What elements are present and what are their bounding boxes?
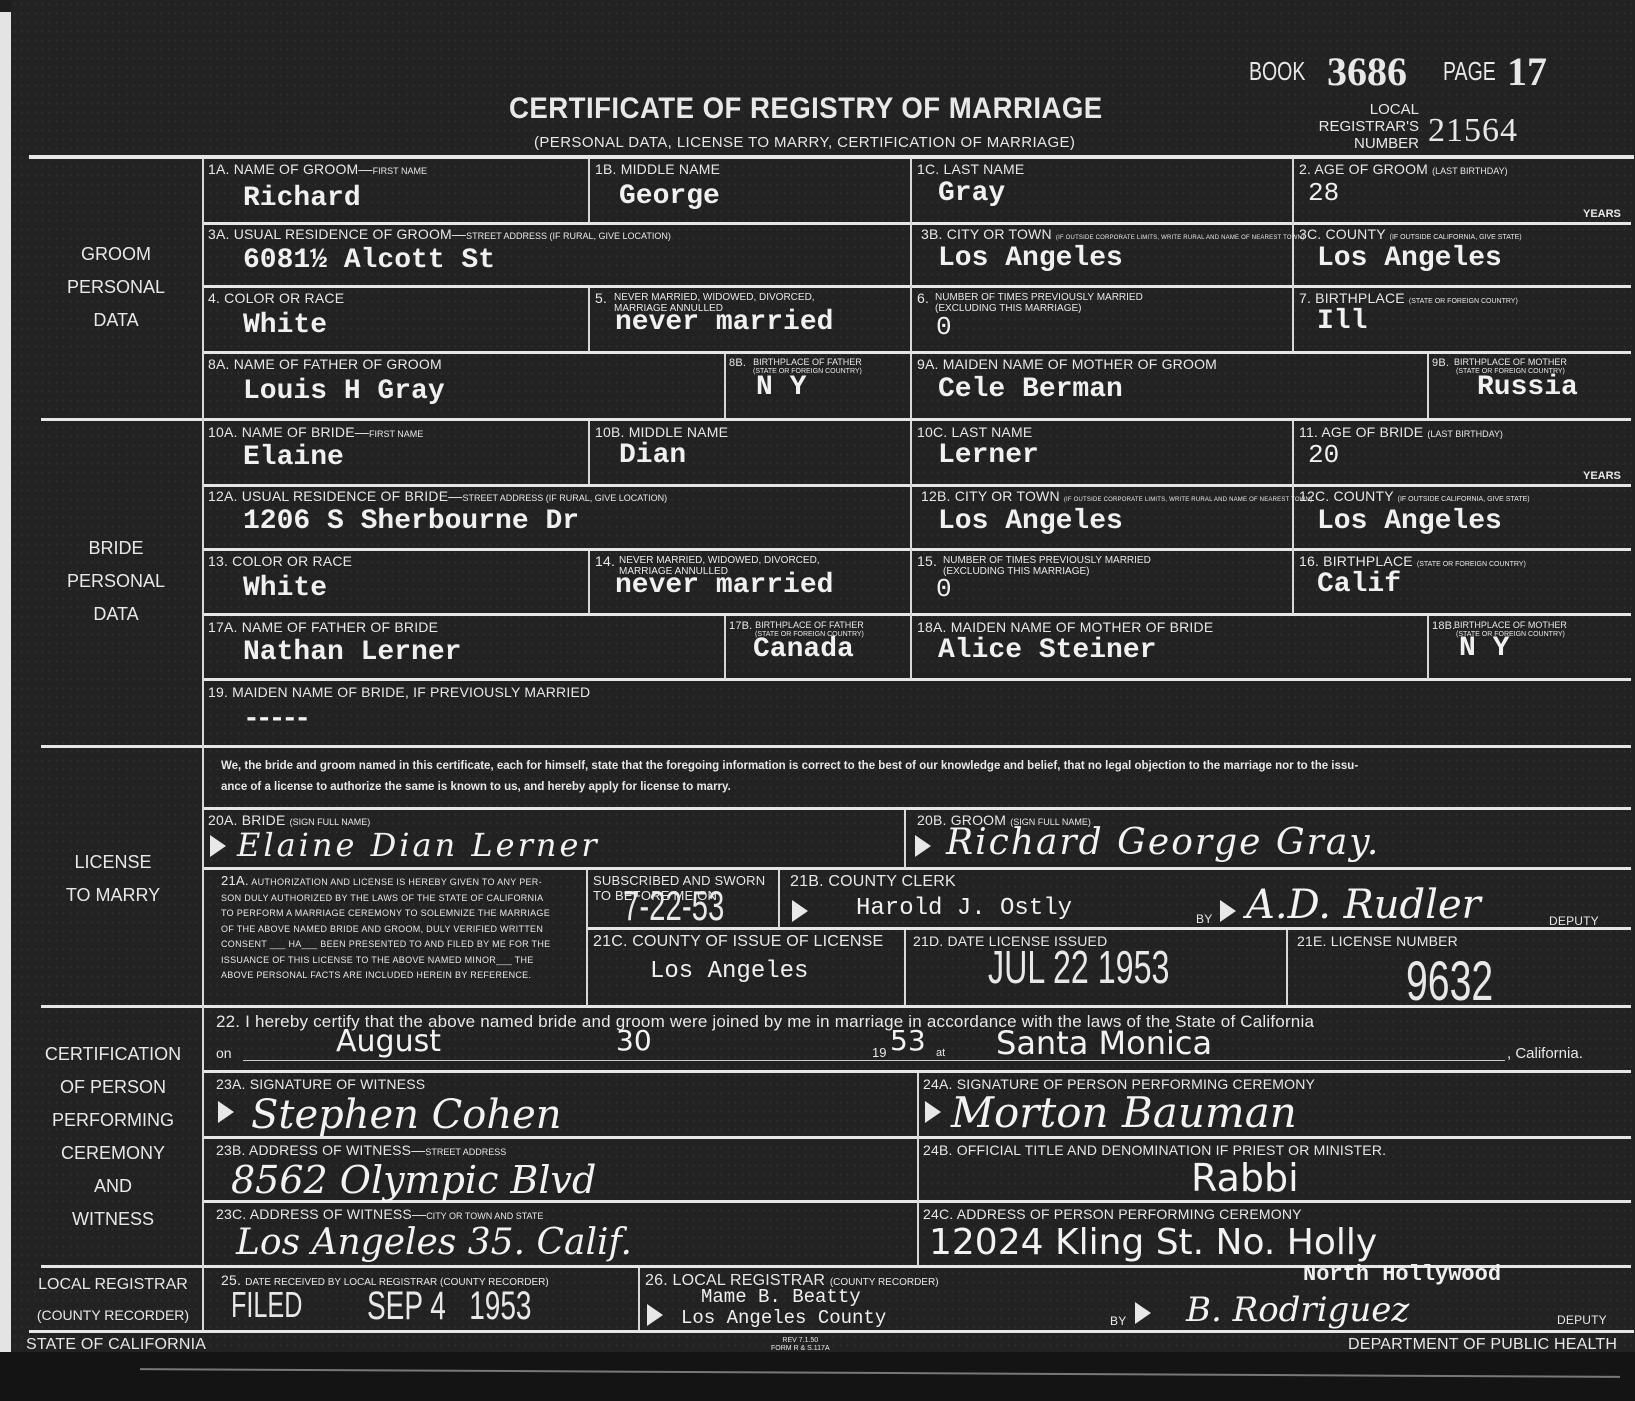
label-line: LOCAL <box>1311 101 1419 118</box>
line: (COUNTY RECORDER) <box>23 1300 203 1330</box>
rule <box>204 222 1631 225</box>
line: CEREMONY <box>23 1137 203 1170</box>
cell-divider <box>1292 158 1294 352</box>
bride-mother-birthplace: N Y <box>1459 633 1509 664</box>
line: DATA <box>26 598 206 631</box>
arrow-icon <box>1135 1302 1151 1324</box>
field-19-label: 19. MAIDEN NAME OF BRIDE, IF PREVIOUSLY … <box>208 684 590 700</box>
line: LICENSE <box>23 846 203 879</box>
page-label: PAGE <box>1443 56 1496 87</box>
bride-county: Los Angeles <box>1317 506 1502 537</box>
field-16-label: 16. BIRTHPLACE (STATE OR FOREIGN COUNTRY… <box>1299 553 1526 569</box>
deputy-label: DEPUTY <box>1557 1313 1607 1327</box>
line: (EXCLUDING THIS MARRIAGE) <box>935 303 1143 314</box>
line: NUMBER OF TIMES PREVIOUSLY MARRIED <box>943 555 1151 566</box>
filed-date: SEP 4 1953 <box>367 1284 532 1329</box>
officiant-signature: Morton Bauman <box>951 1088 1297 1137</box>
license-issue-date: JUL 22 1953 <box>988 940 1169 994</box>
field-18b-label: 18B. <box>1432 620 1455 632</box>
sublabel: (LAST BIRTHDAY) <box>1427 429 1503 439</box>
line: OF PERSON <box>23 1071 203 1104</box>
cell-divider <box>724 354 726 418</box>
field-6-sublabel: NUMBER OF TIMES PREVIOUSLY MARRIED(EXCLU… <box>935 292 1143 314</box>
on-label: on <box>216 1045 232 1061</box>
footer-form-info: REV 7.1.50 FORM R & S.117A <box>771 1337 830 1353</box>
ceremony-month: August <box>336 1024 441 1059</box>
bride-middle-name: Dian <box>619 440 686 471</box>
field-8a-label: 8A. NAME OF FATHER OF GROOM <box>208 356 442 372</box>
label: 2. AGE OF GROOM <box>1299 161 1428 177</box>
bride-last-name: Lerner <box>938 440 1039 471</box>
bride-first-name: Elaine <box>243 442 344 473</box>
field-15-sublabel: NUMBER OF TIMES PREVIOUSLY MARRIED(EXCLU… <box>943 555 1151 577</box>
line: ABOVE PERSONAL FACTS ARE INCLUDED HEREIN… <box>221 968 581 984</box>
field-1a-label: 1A. NAME OF GROOM—FIRST NAME <box>208 161 427 177</box>
local-registrar-name: Mame B. Beatty <box>701 1286 861 1308</box>
ceremony-year: 53 <box>890 1024 926 1057</box>
document-subtitle: (PERSONAL DATA, LICENSE TO MARRY, CERTIF… <box>534 134 1075 151</box>
line: BIRTHPLACE OF MOTHER <box>1454 358 1567 367</box>
officiant-address-stamp: North Hollywood <box>1303 1262 1501 1287</box>
label: 23C. ADDRESS OF WITNESS— <box>216 1206 426 1222</box>
deputy-registrar-signature: B. Rodriguez <box>1186 1290 1409 1330</box>
groom-times-married: 0 <box>936 312 952 342</box>
license-number: 9632 <box>1406 948 1493 1013</box>
cell-divider <box>1292 421 1294 614</box>
arrow-icon <box>647 1304 663 1326</box>
cell-divider <box>917 1073 919 1266</box>
field-18a-label: 18A. MAIDEN NAME OF MOTHER OF BRIDE <box>917 619 1213 635</box>
label: 12A. USUAL RESIDENCE OF BRIDE— <box>208 488 462 504</box>
witness-city-state: Los Angeles 35. Calif. <box>236 1222 632 1263</box>
cell-divider <box>910 354 912 418</box>
registrar-number-label: LOCAL REGISTRAR'S NUMBER <box>1311 101 1419 152</box>
groom-last-name: Gray <box>938 178 1005 209</box>
marriage-certificate: CERTIFICATE OF REGISTRY OF MARRIAGE (PER… <box>11 0 1635 1352</box>
field-1c-label: 1C. LAST NAME <box>917 161 1024 177</box>
bride-city: Los Angeles <box>938 506 1123 537</box>
field-21c-label: 21C. COUNTY OF ISSUE OF LICENSE <box>593 933 883 951</box>
rule <box>204 548 1631 551</box>
sublabel: (IF OUTSIDE CORPORATE LIMITS, WRITE RURA… <box>1056 235 1304 241</box>
field-3b-label: 3B. CITY OR TOWN (IF OUTSIDE CORPORATE L… <box>921 226 1304 244</box>
section-bride-label: BRIDE PERSONAL DATA <box>26 532 206 631</box>
text: AUTHORIZATION AND LICENSE IS HEREBY GIVE… <box>251 877 542 887</box>
rule <box>204 285 1631 288</box>
at-label: at <box>936 1047 945 1059</box>
arrow-icon <box>792 900 808 922</box>
rule <box>204 613 1631 616</box>
line: BIRTHPLACE OF MOTHER <box>1454 621 1567 630</box>
fill-line <box>243 1060 1505 1061</box>
line: (EXCLUDING THIS MARRIAGE) <box>943 566 1151 577</box>
groom-marital-status: never married <box>615 307 833 338</box>
line: SON DULY AUTHORIZED BY THE LAWS OF THE S… <box>221 891 581 907</box>
field-1b-label: 1B. MIDDLE NAME <box>595 161 720 177</box>
field-21b-label: 21B. COUNTY CLERK <box>790 873 956 891</box>
rule <box>204 351 1631 354</box>
line: We, the bride and groom named in this ce… <box>221 756 1621 777</box>
bride-race: White <box>243 573 327 604</box>
field-15-label: 15. <box>917 553 937 569</box>
groom-age-unit: YEARS <box>1583 208 1621 220</box>
bride-birthplace: Calif <box>1317 569 1401 600</box>
bride-signature: Elaine Dian Lerner <box>237 826 600 864</box>
cell-divider <box>588 288 590 352</box>
field-7-label: 7. BIRTHPLACE (STATE OR FOREIGN COUNTRY) <box>1299 290 1518 306</box>
rule <box>29 155 1634 159</box>
field-17b-label: 17B. <box>729 620 752 632</box>
deputy-label: DEPUTY <box>1549 914 1599 928</box>
field-23a-label: 23A. SIGNATURE OF WITNESS <box>216 1076 425 1092</box>
bride-marital-status: never married <box>615 570 833 601</box>
sublabel: (STATE OR FOREIGN COUNTRY) <box>1417 561 1526 568</box>
field-21a-authorization: 21A. AUTHORIZATION AND LICENSE IS HEREBY… <box>221 873 581 984</box>
cell-divider <box>904 930 906 1006</box>
field-10a-label: 10A. NAME OF BRIDE—FIRST NAME <box>208 424 423 440</box>
field-2-label: 2. AGE OF GROOM (LAST BIRTHDAY) <box>1299 161 1508 177</box>
line: PERSONAL <box>26 565 206 598</box>
cell-divider <box>1427 354 1429 418</box>
deputy-clerk-signature: A.D. Rudler <box>1246 882 1481 928</box>
arrow-icon <box>915 835 931 857</box>
field-14-label: 14. <box>595 553 615 569</box>
witness-street-address: 8562 Olympic Blvd <box>231 1158 596 1202</box>
field-9b-label: 9B. <box>1432 357 1449 369</box>
field-13-label: 13. COLOR OR RACE <box>208 553 352 569</box>
line: DATA <box>26 304 206 337</box>
section-groom-label: GROOM PERSONAL DATA <box>26 238 206 337</box>
officiant-title: Rabbi <box>1191 1156 1299 1200</box>
arrow-icon <box>210 835 226 857</box>
field-10c-label: 10C. LAST NAME <box>917 424 1032 440</box>
bride-mother-maiden-name: Alice Steiner <box>938 635 1156 666</box>
line: OF THE ABOVE NAMED BRIDE AND GROOM, DULY… <box>221 922 581 938</box>
groom-mother-maiden-name: Cele Berman <box>938 374 1123 405</box>
line: LOCAL REGISTRAR <box>23 1270 203 1300</box>
page-number: 17 <box>1507 48 1547 95</box>
field-23c-label: 23C. ADDRESS OF WITNESS—CITY OR TOWN AND… <box>216 1206 543 1222</box>
ceremony-place: Santa Monica <box>996 1024 1212 1062</box>
bride-age-unit: YEARS <box>1583 470 1621 482</box>
line: NUMBER OF TIMES PREVIOUSLY MARRIED <box>935 292 1143 303</box>
rule <box>204 484 1631 487</box>
cell-divider <box>1427 616 1429 679</box>
license-statement: We, the bride and groom named in this ce… <box>221 756 1621 798</box>
label: 10A. NAME OF BRIDE— <box>208 424 369 440</box>
sublabel: CITY OR TOWN AND STATE <box>426 1211 543 1221</box>
line: 21A. AUTHORIZATION AND LICENSE IS HEREBY… <box>221 873 581 891</box>
cell-divider <box>904 810 906 868</box>
section-license-label: LICENSE TO MARRY <box>23 846 203 912</box>
local-registrar-county: Los Angeles County <box>681 1307 886 1329</box>
field-11-label: 11. AGE OF BRIDE (LAST BIRTHDAY) <box>1299 424 1503 440</box>
line: ance of a license to authorize the same … <box>221 777 1621 798</box>
book-number: 3686 <box>1327 48 1407 95</box>
label: 7. BIRTHPLACE <box>1299 290 1405 306</box>
field-23b-label: 23B. ADDRESS OF WITNESS—STREET ADDRESS <box>216 1142 506 1158</box>
line: AND <box>23 1170 203 1203</box>
label: 3A. USUAL RESIDENCE OF GROOM— <box>208 226 466 242</box>
bride-times-married: 0 <box>936 574 952 604</box>
page-edge <box>0 12 11 1352</box>
label-line: REGISTRAR'S <box>1311 118 1419 135</box>
groom-race: White <box>243 310 327 341</box>
line: TO MARRY <box>23 879 203 912</box>
label: 3C. COUNTY <box>1299 226 1386 242</box>
field-12a-label: 12A. USUAL RESIDENCE OF BRIDE—STREET ADD… <box>208 488 667 504</box>
line: PERFORMING <box>23 1104 203 1137</box>
field-12c-label: 12C. COUNTY (IF OUTSIDE CALIFORNIA, GIVE… <box>1299 488 1530 504</box>
cell-divider <box>588 421 590 485</box>
groom-age: 28 <box>1308 178 1339 208</box>
line: NEVER MARRIED, WIDOWED, DIVORCED, <box>614 292 815 303</box>
line: CERTIFICATION <box>23 1038 203 1071</box>
sublabel: (LAST BIRTHDAY) <box>1432 166 1508 176</box>
cell-divider <box>1286 930 1288 1006</box>
bride-age: 20 <box>1308 440 1339 470</box>
groom-city: Los Angeles <box>938 243 1123 274</box>
registrar-number: 21564 <box>1428 112 1518 150</box>
groom-signature: Richard George Gray. <box>946 822 1380 863</box>
field-21e-label: 21E. LICENSE NUMBER <box>1297 933 1458 949</box>
groom-county: Los Angeles <box>1317 243 1502 274</box>
groom-middle-name: George <box>619 181 720 212</box>
rule <box>204 867 1631 870</box>
label: 23B. ADDRESS OF WITNESS— <box>216 1142 425 1158</box>
line: NEVER MARRIED, WIDOWED, DIVORCED, <box>619 555 820 566</box>
label: 21A. <box>221 873 249 888</box>
cell-divider <box>724 616 726 679</box>
field-8b-label: 8B. <box>729 357 746 369</box>
rule <box>29 1330 1634 1333</box>
label: 12C. COUNTY <box>1299 488 1394 504</box>
by-label: BY <box>1110 1314 1126 1328</box>
label: 3B. CITY OR TOWN <box>921 226 1052 242</box>
witness-signature: Stephen Cohen <box>251 1092 562 1138</box>
bride-father-birthplace: Canada <box>753 634 854 665</box>
arrow-icon <box>218 1101 234 1123</box>
sworn-date: 7-22-53 <box>623 882 724 930</box>
sublabel: (STATE OR FOREIGN COUNTRY) <box>1409 298 1518 305</box>
book-label: BOOK <box>1249 56 1305 87</box>
line: GROOM <box>26 238 206 271</box>
line: PERSONAL <box>26 271 206 304</box>
line: WITNESS <box>23 1203 203 1236</box>
cell-divider <box>588 158 590 222</box>
groom-father-birthplace: N Y <box>756 372 806 403</box>
bride-father-name: Nathan Lerner <box>243 637 461 668</box>
field-24b-label: 24B. OFFICIAL TITLE AND DENOMINATION IF … <box>923 1142 1386 1158</box>
document-title: CERTIFICATE OF REGISTRY OF MARRIAGE <box>509 92 1103 126</box>
cell-divider <box>586 870 588 1006</box>
groom-mother-birthplace: Russia <box>1477 372 1578 403</box>
label-line: NUMBER <box>1311 135 1419 152</box>
rule <box>41 1005 1631 1008</box>
ceremony-day: 30 <box>616 1024 652 1057</box>
field-3c-label: 3C. COUNTY (IF OUTSIDE CALIFORNIA, GIVE … <box>1299 226 1522 242</box>
label: 16. BIRTHPLACE <box>1299 553 1413 569</box>
field-5-label: 5. <box>595 290 607 306</box>
cell-divider <box>778 870 780 928</box>
line: BIRTHPLACE OF FATHER <box>755 621 864 630</box>
line: TO PERFORM A MARRIAGE CEREMONY TO SOLEMN… <box>221 906 581 922</box>
cell-divider <box>910 421 912 679</box>
field-24c-label: 24C. ADDRESS OF PERSON PERFORMING CEREMO… <box>923 1206 1302 1222</box>
groom-father-name: Louis H Gray <box>243 376 445 407</box>
field-3a-label: 3A. USUAL RESIDENCE OF GROOM—STREET ADDR… <box>208 226 671 242</box>
rule <box>41 745 1631 748</box>
field-9a-label: 9A. MAIDEN NAME OF MOTHER OF GROOM <box>917 356 1217 372</box>
line: CONSENT ___ HA___ BEEN PRESENTED TO AND … <box>221 937 581 953</box>
sublabel: (IF OUTSIDE CALIFORNIA, GIVE STATE) <box>1390 234 1522 241</box>
bride-street-address: 1206 S Sherbourne Dr <box>243 506 579 537</box>
cell-divider <box>638 1268 640 1330</box>
by-label: BY <box>1196 912 1212 926</box>
county-clerk-name: Harold J. Ostly <box>856 895 1072 922</box>
line: REV 7.1.50 <box>771 1337 830 1345</box>
sublabel: STREET ADDRESS (IF RURAL, GIVE LOCATION) <box>466 231 671 241</box>
field-17a-label: 17A. NAME OF FATHER OF BRIDE <box>208 619 438 635</box>
sublabel: (IF OUTSIDE CALIFORNIA, GIVE STATE) <box>1398 496 1530 503</box>
label: 1A. NAME OF GROOM— <box>208 161 373 177</box>
license-county: Los Angeles <box>650 958 808 985</box>
section-registrar-label: LOCAL REGISTRAR (COUNTY RECORDER) <box>23 1270 203 1330</box>
arrow-icon <box>925 1101 941 1123</box>
groom-birthplace: Ill <box>1317 306 1367 337</box>
field-4-label: 4. COLOR OR RACE <box>208 290 344 306</box>
groom-first-name: Richard <box>243 183 361 214</box>
rule <box>204 807 1631 810</box>
arrow-icon <box>1220 900 1236 922</box>
sublabel: FIRST NAME <box>373 166 427 176</box>
state-suffix: , California. <box>1507 1045 1583 1062</box>
line: BRIDE <box>26 532 206 565</box>
section-certification-label: CERTIFICATION OF PERSON PERFORMING CEREM… <box>23 1038 203 1236</box>
rule <box>41 418 1631 421</box>
filed-label: FILED <box>231 1284 302 1326</box>
sublabel: (IF OUTSIDE CORPORATE LIMITS, WRITE RURA… <box>1064 497 1312 503</box>
label: 12B. CITY OR TOWN <box>921 488 1060 504</box>
year-prefix: 19 <box>872 1045 886 1060</box>
field-6-label: 6. <box>917 290 929 306</box>
officiant-address: 12024 Kling St. No. Holly <box>929 1222 1377 1263</box>
cell-divider <box>910 158 912 352</box>
sublabel: STREET ADDRESS <box>425 1147 506 1157</box>
field-12b-label: 12B. CITY OR TOWN (IF OUTSIDE CORPORATE … <box>921 488 1312 506</box>
line: BIRTHPLACE OF FATHER <box>753 358 862 367</box>
label: 11. AGE OF BRIDE <box>1299 424 1423 440</box>
rule <box>204 678 1631 681</box>
groom-street-address: 6081½ Alcott St <box>243 245 495 276</box>
sublabel: STREET ADDRESS (IF RURAL, GIVE LOCATION) <box>462 493 667 503</box>
line: ISSUANCE OF THIS LICENSE TO THE ABOVE NA… <box>221 953 581 969</box>
sublabel: FIRST NAME <box>369 429 423 439</box>
bride-previous-maiden-name: ----- <box>243 704 307 735</box>
field-10b-label: 10B. MIDDLE NAME <box>595 424 728 440</box>
cell-divider <box>588 551 590 614</box>
